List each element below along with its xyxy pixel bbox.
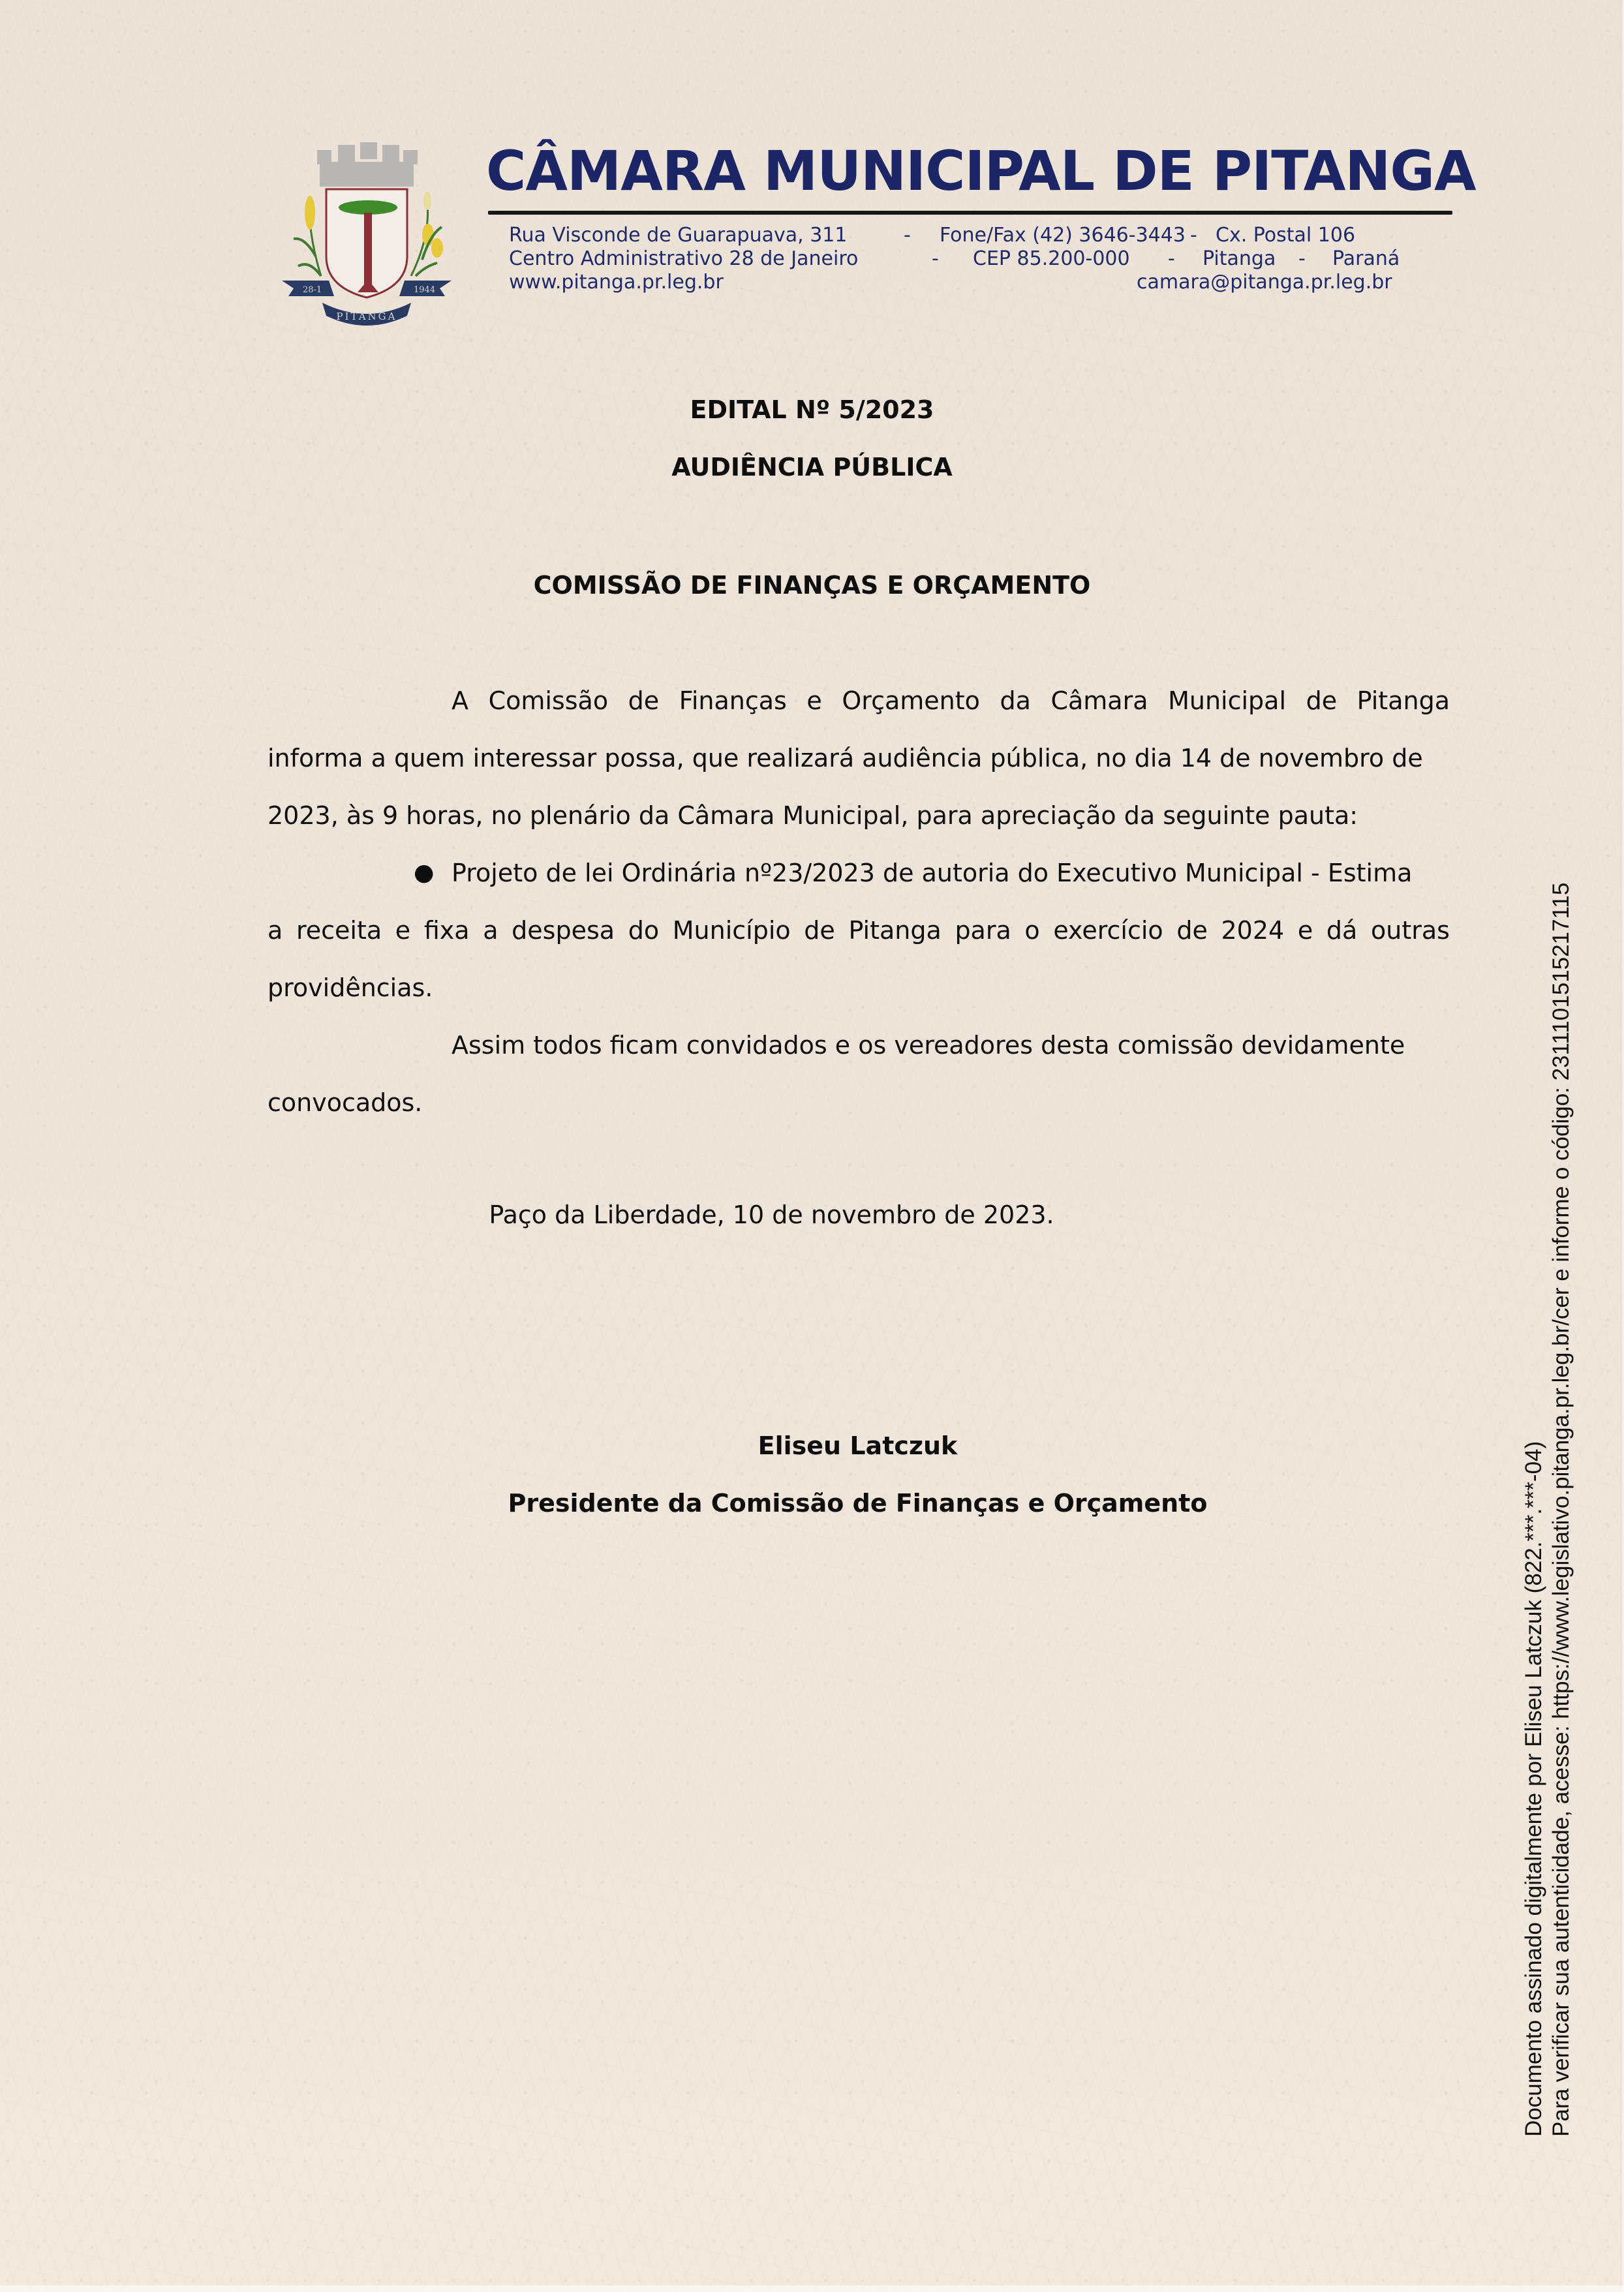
chamber-title: CÂMARA MUNICIPAL DE PITANGA [486,138,1447,204]
svg-text:1944: 1944 [414,285,435,295]
contact-row-3: www.pitanga.pr.leg.br camara@pitanga.pr.… [509,271,1416,294]
document-subtitle: AUDIÊNCIA PÚBLICA [0,451,1624,483]
paragraph-line: informa a quem interessar possa, que rea… [268,729,1450,787]
state: Paraná [1332,247,1400,271]
address: Rua Visconde de Guarapuava, 311 [509,224,847,247]
paragraph-line: convocados. [268,1074,1450,1131]
svg-text:PITANGA: PITANGA [337,311,397,322]
website-link[interactable]: www.pitanga.pr.leg.br [509,271,724,294]
postal-code: CEP 85.200-000 [973,247,1130,271]
separator: - [1298,247,1306,271]
contact-block: Rua Visconde de Guarapuava, 311 - Fone/F… [509,224,1416,294]
verification-notice[interactable]: Para verificar sua autenticidade, acesse… [1548,883,1575,2137]
crown-icon [317,142,418,187]
paragraph-line: A Comissão de Finanças e Orçamento da Câ… [268,672,1450,729]
page-edge-shadow [1620,0,1624,2292]
municipal-coat-of-arms-icon: 28-1 1944 PITANGA [269,136,465,331]
paragraph-line: Assim todos ficam convidados e os veread… [268,1016,1450,1074]
agenda-item: Projeto de lei Ordinária nº23/2023 de au… [268,844,1450,1016]
place-and-date: Paço da Liberdade, 10 de novembro de 202… [0,1199,1584,1230]
digital-signature-stamp: Documento assinado digitalmente por Elis… [1520,883,1575,2137]
edital-number: EDITAL Nº 5/2023 [0,394,1624,425]
paragraph-line: a receita e fixa a despesa do Município … [268,902,1450,959]
phone-fax: Fone/Fax (42) 3646-3443 [940,224,1186,247]
separator: - [932,247,939,271]
corn-icon [411,192,443,276]
page-bottom-edge [0,2285,1624,2292]
contact-row-2: Centro Administrativo 28 de Janeiro - CE… [509,247,1416,271]
separator: - [1168,247,1175,271]
paragraph-line: Projeto de lei Ordinária nº23/2023 de au… [268,844,1450,902]
separator: - [904,224,911,247]
email-link[interactable]: camara@pitanga.pr.leg.br [1137,271,1392,294]
wheat-icon [294,196,321,276]
paragraph-line: providências. [268,959,1450,1016]
committee-heading: COMISSÃO DE FINANÇAS E ORÇAMENTO [0,570,1624,601]
separator: - [1190,224,1197,247]
title-divider [488,211,1452,215]
postal-box: Cx. Postal 106 [1216,224,1355,247]
paragraph-invitation: Assim todos ficam convidados e os veread… [268,1016,1450,1131]
administrative-center: Centro Administrativo 28 de Janeiro [509,247,858,271]
signature-notice: Documento assinado digitalmente por Elis… [1520,883,1548,2137]
contact-row-1: Rua Visconde de Guarapuava, 311 - Fone/F… [509,224,1416,247]
paragraph-line: 2023, às 9 horas, no plenário da Câmara … [268,787,1450,844]
city: Pitanga [1203,247,1276,271]
paragraph-announcement: A Comissão de Finanças e Orçamento da Câ… [268,672,1450,844]
signatory-role: Presidente da Comissão de Finanças e Orç… [46,1488,1624,1519]
signatory-name: Eliseu Latczuk [46,1430,1624,1461]
svg-text:28-1: 28-1 [303,285,322,295]
